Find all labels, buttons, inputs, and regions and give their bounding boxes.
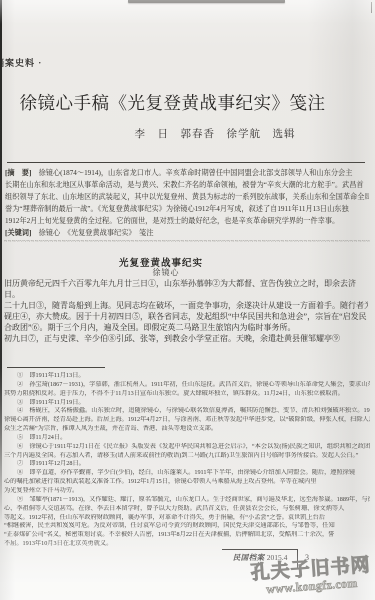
scan-edge-left-strip bbox=[0, 0, 2, 525]
body-line: 二十九日③，随青岛船到上海。见同志均在破坏，一面竞争事功，余遂决计从建设一方面着… bbox=[4, 300, 368, 311]
keywords-label: [关键词] bbox=[5, 229, 31, 237]
wavy-divider: ~~~~~~~~~~~~~~~~~~~~~~~~~~~~~~~~~~~~~~~~… bbox=[4, 239, 370, 247]
abstract-block: [摘 要] 徐镜心(1874～1914)，山东省龙口市人。辛亥革命时期曾任中国同… bbox=[5, 167, 369, 227]
authors-line: 李 日 郭春香 徐学航 选辑 bbox=[130, 126, 300, 141]
footnote-line: ⑨ 邹耀亭(1871－1913)，又作耀廷、耀汀，原名邹毓元，山东龙口人。生于经… bbox=[4, 496, 370, 505]
scan-edge-corner-mark bbox=[371, 2, 372, 13]
footnote-line: 三个月内遍及全国。有志加入者，请移玉(请人前来或前往的敬语)到二马路(九江路)卫… bbox=[4, 452, 370, 461]
footnote-line: 为光复登州立下汗马功劳。 bbox=[4, 487, 370, 496]
body-line: 初九日⑦，正与史溁、辛少伯⑧引邱、张等，到教会小学堂正宿。天晚，余遣赴黄县催邹耀… bbox=[4, 333, 368, 344]
footnote-line: 其势力阻挠和反对。迫于压力，不得不于11月13日宣布山东独立。旋大肆破坏独立，镇… bbox=[4, 390, 370, 399]
journal-name-issue: 民国档案2015.4 bbox=[223, 552, 297, 563]
abstract-label: [摘 要] bbox=[5, 169, 31, 177]
scan-edge-top-bar bbox=[128, 0, 285, 3]
keywords-text: 徐镜心 《光复登黄战事纪实》 笺注 bbox=[39, 229, 154, 237]
abstract-line: 誉为“埋葬帝制的最后一战”。《光复登黄战事纪实》为徐镜心1912年4月写成，叙述… bbox=[5, 203, 369, 215]
body-line: 日。 bbox=[4, 289, 368, 300]
footnote-line: 不屈。1913年10月3日在北京英勇就义。 bbox=[4, 540, 370, 549]
abstract-line: 长期在山东和东北地区从事革命活动，是与黄兴、宋教仁齐名的革命领袖，被誉为“辛亥大… bbox=[5, 179, 369, 191]
footnote-line: 众生之苦痛”为宗旨，推谭人凤为主裁，并在青岛、香港、汕头等地设立支部。 bbox=[4, 425, 370, 434]
footnotes-block: ① 即1911年11月13日。 ② 孙宝琦(1867－1931)，字慕韩，浙江杭… bbox=[4, 372, 370, 549]
abstract-line: 组织领导了东北、山东地区的武装起义，其中以光复登州、黄县为标志的一系列胶东战事，… bbox=[5, 191, 369, 203]
footer-rule-vertical bbox=[297, 549, 298, 568]
page-number: 3 bbox=[305, 553, 309, 562]
footnote-line: “正泰煤矿公司”名义，秘密策划讨袁。不幸被奸人告密，1913年8月22日在天津被… bbox=[4, 531, 370, 540]
footnote-line: ⑤ 即11月24日。 bbox=[4, 434, 370, 443]
footnote-separator-rule bbox=[7, 367, 105, 368]
page-title: 徐镜心手稿《光复登黄战事纪实》笺注 bbox=[0, 90, 345, 115]
article-body: 旧历黄帝纪元四千六百零九年九月廿三日①，山东举孙慕韩②为大都督、宣告伪独立之时，… bbox=[4, 278, 368, 344]
abstract-top-rule bbox=[7, 162, 365, 163]
footnote-line: 等起义。1912年初，任山东军政府财政顾问，襄办军事，对革命不计得失，勇于捐输，… bbox=[4, 514, 370, 523]
abstract-line: [摘 要] 徐镜心(1874～1914)，山东省龙口市人。辛亥革命时期曾任中国同… bbox=[5, 167, 369, 179]
footnote-line: ⑥ 徐镜心于1911年12月1日在《民立报》头版发表《发起中华民国共和急进会启示… bbox=[4, 443, 370, 452]
journal-name: 民国档案 bbox=[233, 553, 265, 562]
journal-issue: 2015.4 bbox=[267, 553, 288, 562]
body-line: 旧历黄帝纪元四千六百零九年九月廿三日①，山东举孙慕韩②为大都督、宣告伪独立之时，… bbox=[4, 278, 368, 289]
scanned-page: 档案史料 · 徐镜心手稿《光复登黄战事纪实》笺注 李 日 郭春香 徐学航 选辑 … bbox=[0, 0, 375, 600]
footnote-line: 徐镜心离开济南，经青岛赴上海。后居上海。1912年4月27日，与涂善南、邓正秋等… bbox=[4, 416, 370, 425]
footnote-line: ⑦ 即1911年12月28日。 bbox=[4, 460, 370, 469]
footnote-line: ⑧ 即辛直道，亦作辛觐甫，字少白(少伯)，经白，山东蓬莱人。1911年下半年，由… bbox=[4, 469, 370, 478]
body-line: 砚庄④，亦大赞成。因于十月初四日⑤，联各省同志，发起组织“中华民国共和急进会”，… bbox=[4, 311, 368, 322]
abstract-line: 1912年2月上旬光复登黄的全过程。它的面世，是对烈士的最好纪念，也是辛亥革命研… bbox=[5, 215, 369, 227]
section-label: 档案史料 · bbox=[0, 56, 42, 69]
footnote-line: ① 即1911年11月13日。 bbox=[4, 372, 370, 381]
body-line: 合政团”⑥。期于三个月内，遍及全国。即假定英二马路卫生旅馆内为临时事务所。 bbox=[4, 322, 368, 333]
keywords-line: [关键词] 徐镜心 《光复登黄战事纪实》 笺注 bbox=[5, 228, 369, 238]
abstract-text: 徐镜心(1874～1914)，山东省龙口市人。辛亥革命时期曾任中国同盟会北部支部… bbox=[39, 169, 353, 177]
footnote-line: ③ 即1911年11月19日。 bbox=[4, 399, 370, 408]
footer-rule-horizontal bbox=[222, 549, 298, 550]
footnote-line: ④ 杨砚庄，又名杨振蠹。山东独立时，追随徐镜心，与徐镜心联名致信夏溥斋，嘱其防范… bbox=[4, 407, 370, 416]
footnote-line: ② 孙宝琦(1867－1931)，字慕韩，浙江杭州人。1911年初，任山东巡抚。… bbox=[4, 381, 370, 390]
footnote-line: 心的嘱托加紧进行策反和武装起义准备工作。1912年1月15日，徐镜心带领人马乘船… bbox=[4, 478, 370, 487]
article-author: 徐镜心 bbox=[0, 267, 332, 278]
footnote-line: “相继被害，民主共和岌岌可危。为反对帝制，任讨袁军总司令黄兴的财政顾问，国民党天… bbox=[4, 522, 370, 531]
watermark-site-url: www.kongfz.com bbox=[244, 574, 375, 598]
footnote-line: 心、李祖侗等人交谊甚笃。在徐、李去日本留学时，曾予以大力资助。武昌首义后，任黄县… bbox=[4, 505, 370, 514]
